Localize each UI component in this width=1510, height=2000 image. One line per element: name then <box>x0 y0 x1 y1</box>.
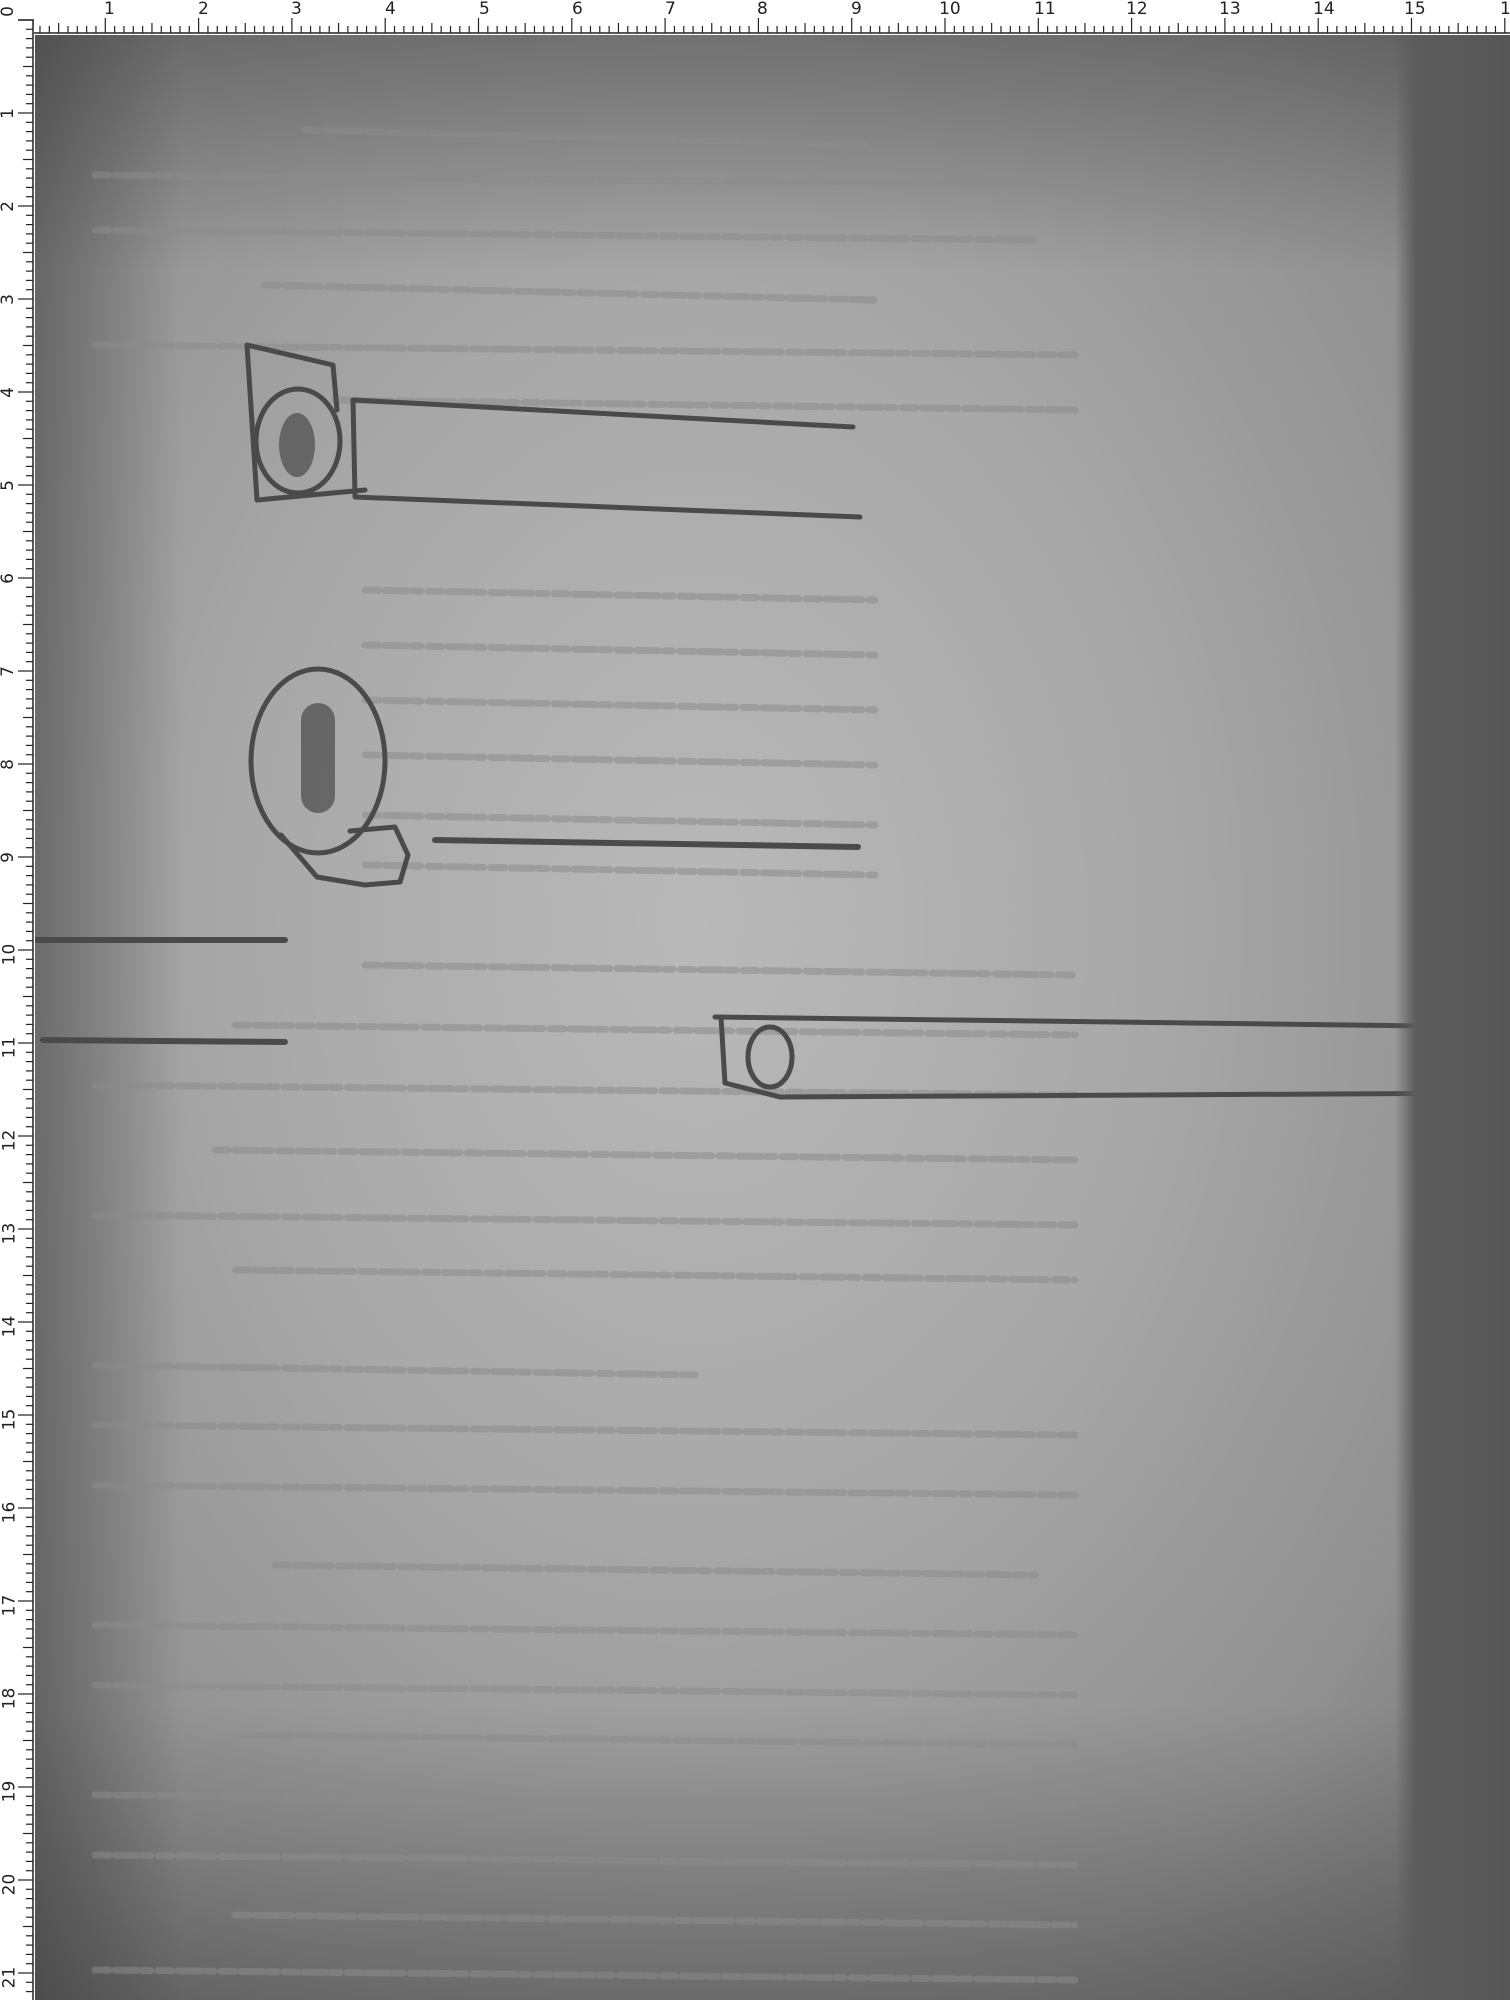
ruler-v-label: 11 <box>1 1037 18 1059</box>
ruler-v-label: 14 <box>1 1316 18 1338</box>
ruler-v-label: 2 <box>0 201 17 212</box>
ruler-v-label: 15 <box>1 1409 18 1431</box>
ruler-v-label: 9 <box>0 852 17 863</box>
ruler-v-label: 0 <box>0 6 17 17</box>
ruler-h-label: 10 <box>939 1 961 18</box>
ruler-h-label: 3 <box>291 1 302 18</box>
ruler-v-label: 16 <box>1 1502 18 1524</box>
initial-a-fill <box>279 413 315 477</box>
ruler-v-label: 13 <box>1 1223 18 1245</box>
ruler-h-label: 11 <box>1034 1 1056 18</box>
ruler-h-label: 15 <box>1404 1 1426 18</box>
ruler-horizontal: 0 1 2 3 4 5 6 7 8 9 10 11 12 13 14 15 1 <box>0 0 1510 34</box>
ruler-h-label: 1 <box>104 1 115 18</box>
ruler-v-label: 4 <box>0 387 17 398</box>
ruler-h-label: 13 <box>1219 1 1241 18</box>
ruler-v-label: 21 <box>1 1967 18 1989</box>
manuscript-scan <box>35 35 1510 2000</box>
ruler-v-label: 5 <box>0 480 17 491</box>
ruler-h-label: 5 <box>479 1 490 18</box>
ruler-h-label: 1 <box>1500 1 1510 18</box>
ruler-v-label: 10 <box>1 944 18 966</box>
ruler-h-label: 9 <box>851 1 862 18</box>
ruler-vertical: 0 1 2 3 4 5 6 7 8 9 10 11 12 13 14 15 16… <box>0 0 34 2000</box>
rubric-frame-c-top <box>715 1017 1510 1027</box>
rule-left-2 <box>43 1040 285 1042</box>
initial-b-ribbon <box>281 827 408 885</box>
ruler-h-label: 12 <box>1126 1 1148 18</box>
ruler-v-label: 7 <box>0 666 17 677</box>
ruler-v-label: 1 <box>0 108 17 119</box>
rubric-frame-a-top <box>353 400 853 427</box>
ruler-v-label: 6 <box>0 573 17 584</box>
rubric-frame-c-bottom <box>721 1017 1510 1097</box>
ruler-v-label: 17 <box>1 1595 18 1617</box>
ruler-h-label: 7 <box>665 1 676 18</box>
ruler-h-label: 4 <box>385 1 396 18</box>
ruler-v-label: 8 <box>0 759 17 770</box>
spine-shadow <box>1395 35 1510 2000</box>
initial-c-loop <box>748 1027 792 1087</box>
rubric-rule-b <box>435 840 858 847</box>
ruler-h-label: 6 <box>572 1 583 18</box>
ruler-v-label: 3 <box>0 294 17 305</box>
ink-drawings <box>35 35 1510 2000</box>
ruler-h-label: 2 <box>198 1 209 18</box>
ruler-v-label: 18 <box>1 1688 18 1710</box>
ruler-h-label: 8 <box>757 1 768 18</box>
ruler-v-label: 19 <box>1 1781 18 1803</box>
initial-b-fill <box>301 703 335 813</box>
rubric-frame-a-bottom <box>353 400 860 517</box>
ruler-v-label: 12 <box>1 1130 18 1152</box>
ruler-horizontal-ticks <box>0 0 1510 34</box>
ruler-v-label: 20 <box>1 1874 18 1896</box>
ruler-h-label: 14 <box>1313 1 1335 18</box>
